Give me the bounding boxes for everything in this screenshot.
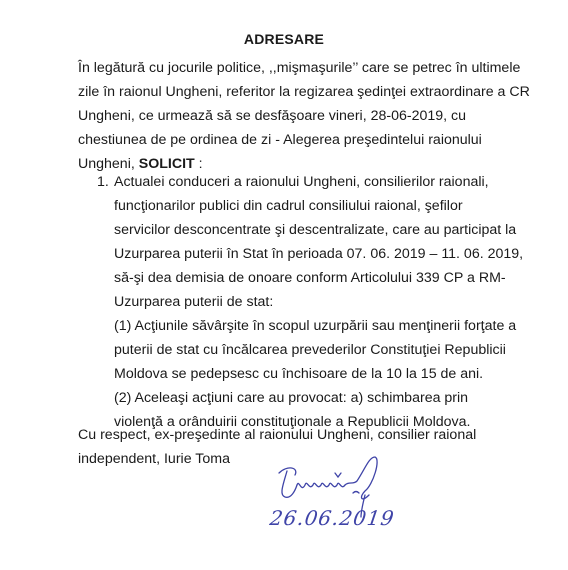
list-line: (1) Acţiunile săvârşite în scopul uzurpă… xyxy=(114,314,557,338)
list-line: Uzurparea puterii de stat: xyxy=(114,290,557,314)
intro-paragraph: În legătură cu jocurile politice, ,,mişm… xyxy=(78,56,548,176)
list-line: Uzurparea puterii în Stat în perioada 07… xyxy=(114,242,557,266)
list-line: să-şi dea demisia de onoare conform Arti… xyxy=(114,266,557,290)
closing-line: Cu respect, ex-preşedinte al raionului U… xyxy=(78,423,548,447)
list-line: servicilor desconcentrate şi descentrali… xyxy=(114,218,557,242)
list-item-number: 1. xyxy=(97,170,109,194)
request-list: 1. Actualei conduceri a raionului Unghen… xyxy=(97,170,557,434)
list-line: Actualei conduceri a raionului Ungheni, … xyxy=(114,170,557,194)
page-title: ADRESARE xyxy=(0,31,568,47)
intro-line: Ungheni, ce urmează să se desfăşoare vin… xyxy=(78,104,548,128)
list-line: (2) Aceleaşi acţiuni care au provocat: a… xyxy=(114,386,557,410)
signature-date: 26.06.2019 xyxy=(268,506,396,530)
list-line: Moldova se pedepsesc cu închisoare de la… xyxy=(114,362,557,386)
list-item-body: Actualei conduceri a raionului Ungheni, … xyxy=(114,170,557,434)
list-item: 1. Actualei conduceri a raionului Unghen… xyxy=(97,170,557,434)
intro-line: În legătură cu jocurile politice, ,,mişm… xyxy=(78,56,548,80)
intro-line: chestiunea de pe ordinea de zi - Alegere… xyxy=(78,128,548,152)
list-line: puterii de stat cu încălcarea prevederil… xyxy=(114,338,557,362)
intro-line: zile în raionul Ungheni, referitor la re… xyxy=(78,80,548,104)
list-line: funcţionarilor publici din cadrul consil… xyxy=(114,194,557,218)
